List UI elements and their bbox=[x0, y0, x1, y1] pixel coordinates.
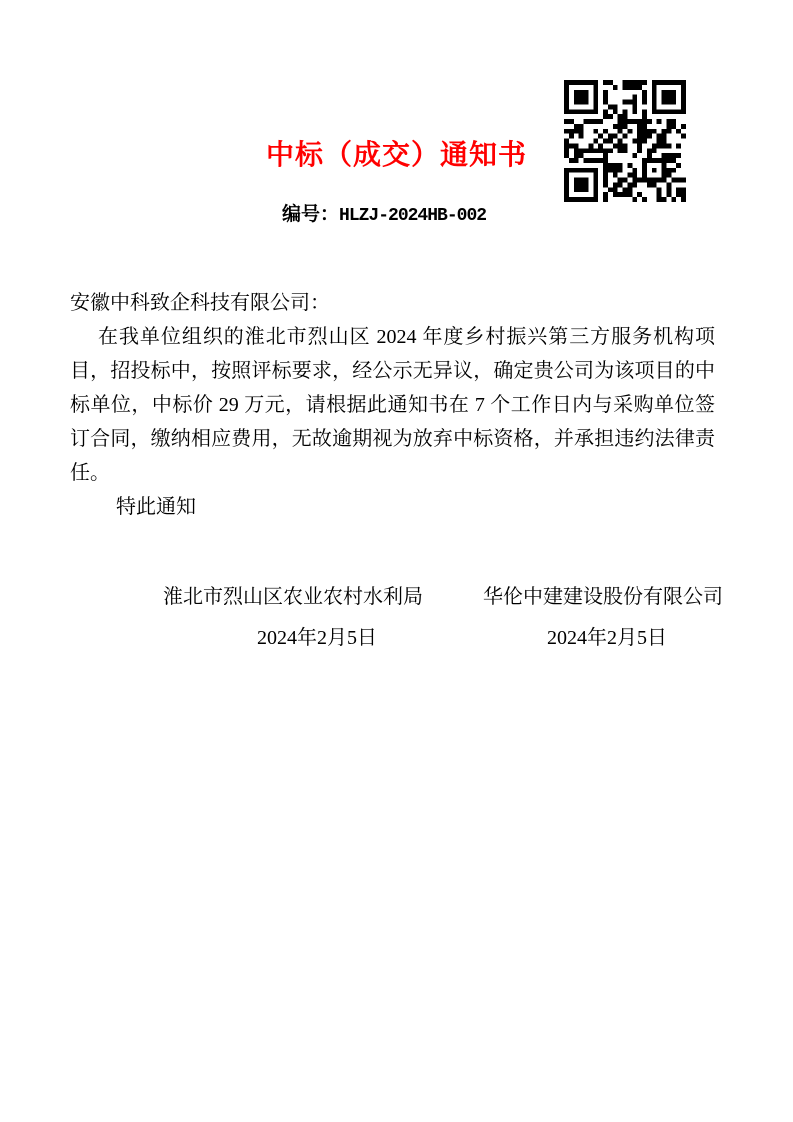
doc-number-value: HLZJ-2024HB-002 bbox=[339, 206, 486, 226]
qr-code-icon bbox=[564, 80, 686, 202]
signature-org-right: 华伦中建建设股份有限公司 bbox=[483, 580, 723, 609]
signature-date-left: 2024年2月5日 bbox=[257, 621, 377, 650]
award-notice-page: 中标（成交）通知书 编号：HLZJ-2024HB-002 安徽中科致企科技有限公… bbox=[0, 0, 793, 1122]
salutation: 安徽中科致企科技有限公司： bbox=[70, 286, 715, 320]
notice-body: 安徽中科致企科技有限公司： 在我单位组织的淮北市烈山区 2024 年度乡村振兴第… bbox=[70, 286, 715, 524]
notice-paragraph: 在我单位组织的淮北市烈山区 2024 年度乡村振兴第三方服务机构项目，招投标中，… bbox=[70, 320, 715, 490]
signature-org-left: 淮北市烈山区农业农村水利局 bbox=[163, 580, 423, 609]
closing-line: 特此通知 bbox=[70, 490, 715, 524]
doc-number-line: 编号：HLZJ-2024HB-002 bbox=[282, 199, 486, 226]
signature-date-right: 2024年2月5日 bbox=[547, 621, 667, 650]
doc-number-label: 编号： bbox=[282, 204, 339, 225]
